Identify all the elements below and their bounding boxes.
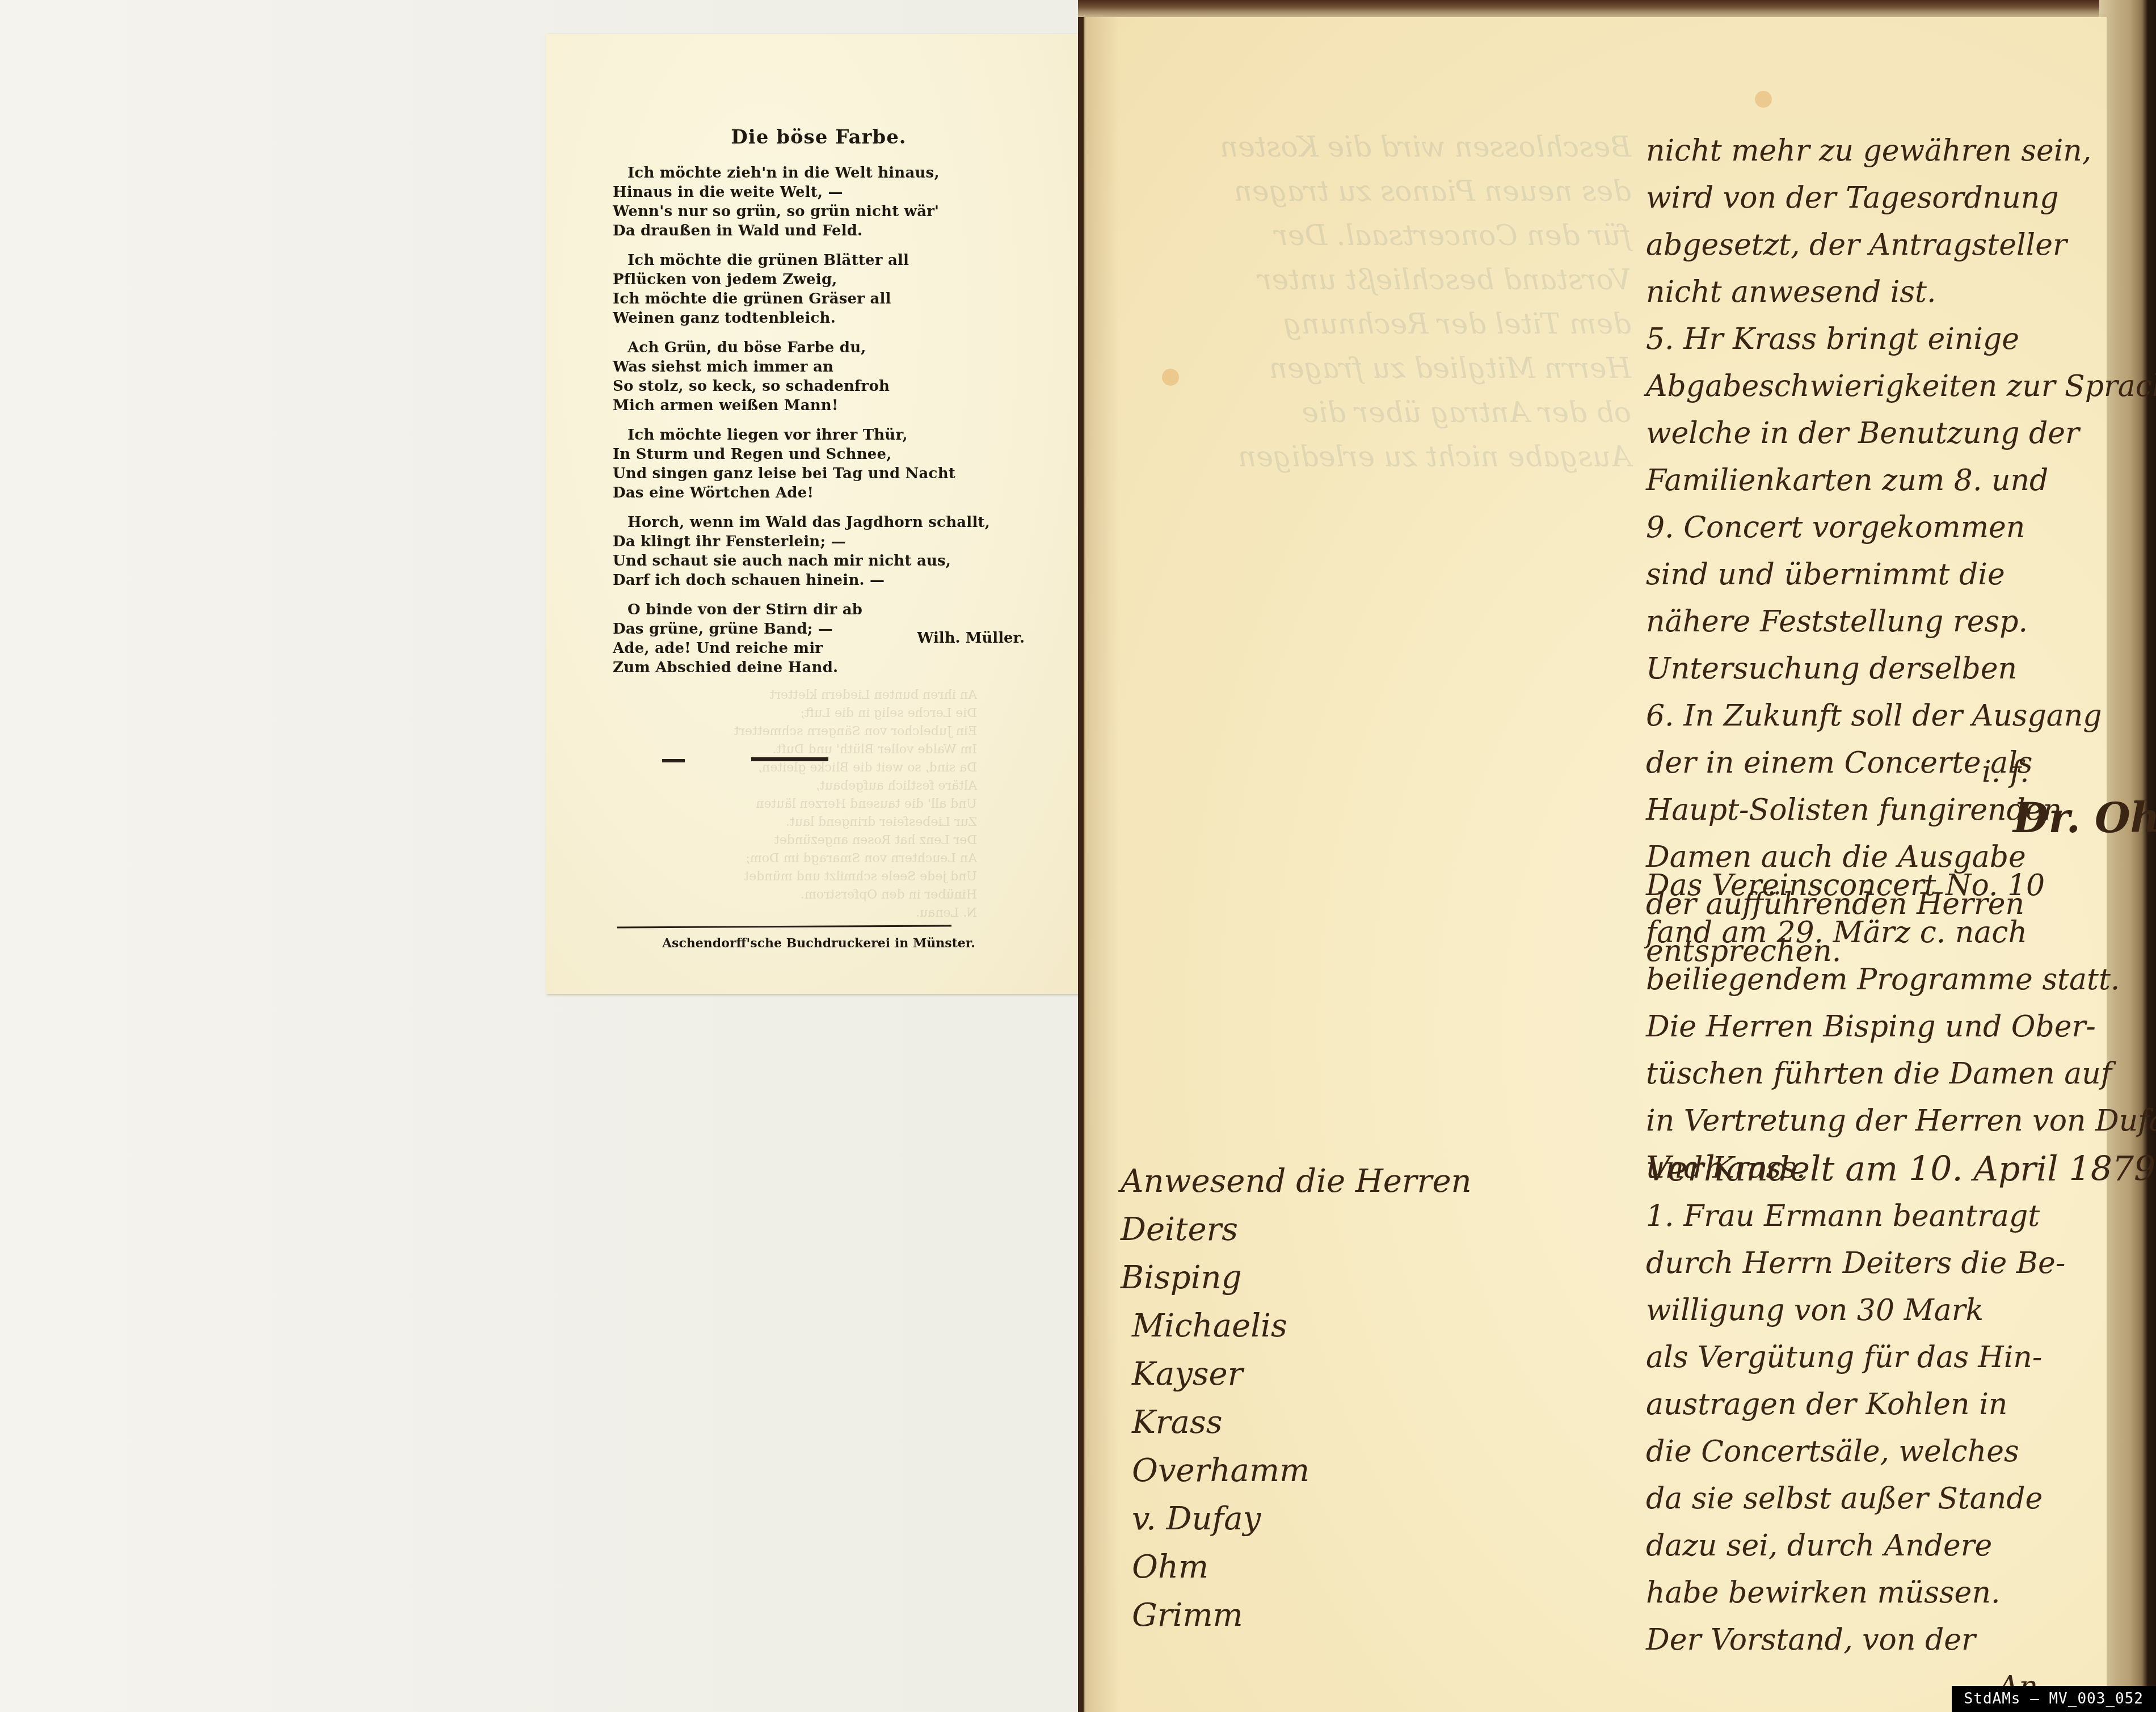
poem-line: In Sturm und Regen und Schnee,: [613, 445, 1021, 464]
attendance-heading: Anwesend die Herren: [1121, 1157, 1472, 1205]
poem-line: Ich möchte zieh'n in die Welt hinaus,: [613, 163, 1021, 183]
printer-imprint: Aschendorff'sche Buchdruckerei in Münste…: [546, 936, 1092, 951]
minutes-continued-text: nicht mehr zu gewähren sein, wird von de…: [1646, 128, 2088, 975]
signature: Dr. Ohm: [2013, 794, 2156, 841]
show-through-text: An ihren bunten Liedern klettert Die Ler…: [682, 686, 977, 922]
poem-line: Was siehst mich immer an: [613, 357, 1021, 377]
divider-rule: [751, 757, 828, 761]
bleed-through-writing: Beschlossen wird die Kosten des neuen Pi…: [1121, 125, 1631, 479]
attendee: Michaelis: [1121, 1302, 1472, 1350]
poem-stanza: Ich möchte zieh'n in die Welt hinaus, Hi…: [613, 163, 1021, 241]
poem-line: Mich armen weißen Mann!: [613, 396, 1021, 415]
poem-line: Ich möchte die grünen Blätter all: [613, 251, 1021, 270]
archive-id-label: StdAMs – MV_003_052: [1952, 1686, 2156, 1712]
poem-line: Pflücken von jedem Zweig,: [613, 270, 1021, 289]
poem-stanza: Ich möchte die grünen Blätter all Pflück…: [613, 251, 1021, 328]
poem-stanza: Horch, wenn im Wald das Jagdhorn schallt…: [613, 513, 1021, 590]
attendee: Deiters: [1121, 1205, 1472, 1254]
attendee: Kayser: [1121, 1350, 1472, 1398]
poem-line: Ich möchte liegen vor ihrer Thür,: [613, 425, 1021, 445]
attendee: Bisping: [1121, 1254, 1472, 1302]
divider-rule: [662, 759, 685, 762]
attendee: Ohm: [1121, 1543, 1472, 1591]
poem-line: O binde von der Stirn dir ab: [613, 600, 1021, 619]
meeting-minutes: Verhandelt am 10. April 1879 1. Frau Erm…: [1646, 1146, 2155, 1711]
poem-body: Ich möchte zieh'n in die Welt hinaus, Hi…: [613, 163, 1021, 688]
footer-rule: [617, 925, 951, 928]
poem-line: Und singen ganz leise bei Tag und Nacht: [613, 464, 1021, 483]
attendee: Grimm: [1121, 1591, 1472, 1639]
meeting-heading: Verhandelt am 10. April 1879: [1646, 1146, 2155, 1193]
poem-line: Weinen ganz todtenbleich.: [613, 309, 1021, 328]
poem-line: Hinaus in die weite Welt, —: [613, 183, 1021, 202]
poem-line: Zum Abschied deine Hand.: [613, 658, 1021, 677]
minute-book: Beschlossen wird die Kosten des neuen Pi…: [1078, 0, 2156, 1712]
poem-line: Darf ich doch schauen hinein. —: [613, 571, 1021, 590]
attendee: Overhamm: [1121, 1447, 1472, 1495]
poem-line: Und schaut sie auch nach mir nicht aus,: [613, 551, 1021, 571]
signature-prefix: i. f.: [1982, 749, 2029, 796]
poem-stanza: Ach Grün, du böse Farbe du, Was siehst m…: [613, 338, 1021, 415]
poem-line: Da draußen in Wald und Feld.: [613, 221, 1021, 241]
poem-line: Ach Grün, du böse Farbe du,: [613, 338, 1021, 357]
poem-stanza: Ich möchte liegen vor ihrer Thür, In Stu…: [613, 425, 1021, 503]
poem-line: Da klingt ihr Fensterlein; —: [613, 532, 1021, 551]
foxing-stain: [1755, 91, 1772, 108]
poem-line: So stolz, so keck, so schadenfroh: [613, 377, 1021, 396]
poem-line: Das eine Wörtchen Ade!: [613, 483, 1021, 503]
manuscript-page: Beschlossen wird die Kosten des neuen Pi…: [1084, 17, 2107, 1712]
poem-line: Horch, wenn im Wald das Jagdhorn schallt…: [613, 513, 1021, 532]
printed-poem-leaflet: Die böse Farbe. An ihren bunten Liedern …: [546, 34, 1092, 994]
poem-title: Die böse Farbe.: [546, 126, 1092, 149]
poem-author: Wilh. Müller.: [917, 630, 1025, 647]
concert-note: Das Vereinsconcert No. 10 fand am 29. Mä…: [1646, 862, 2156, 1192]
poem-line: Ich möchte die grünen Gräser all: [613, 289, 1021, 309]
book-top-edge: [1078, 0, 2139, 17]
attendee: v. Dufay: [1121, 1495, 1472, 1543]
attendance-list: Anwesend die Herren Deiters Bisping Mich…: [1121, 1157, 1472, 1639]
poem-line: Wenn's nur so grün, so grün nicht wär': [613, 202, 1021, 221]
attendee: Krass: [1121, 1398, 1472, 1447]
